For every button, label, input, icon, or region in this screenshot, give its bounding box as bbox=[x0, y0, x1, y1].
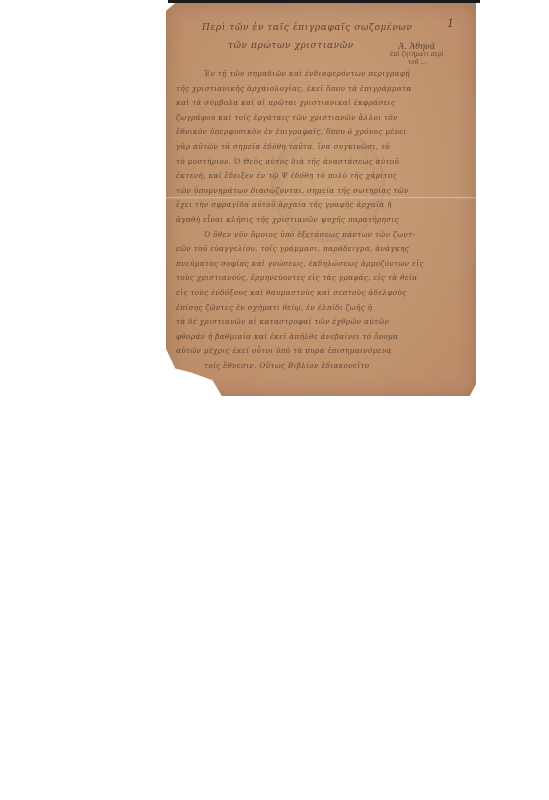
text-line: πνεύματος σοφίας καὶ γνώσεως, ἐκδηλώσεως… bbox=[176, 257, 472, 272]
text-line: τῶν ὑπομνημάτων διασώζονται, σημεῖα τῆς … bbox=[176, 184, 472, 199]
text-line: τὸ μυστήριον. Ὁ Θεὸς αὐτὸς διὰ τῆς ἀναστ… bbox=[176, 155, 472, 170]
margin-note-line-3: τοῦ ... bbox=[390, 59, 444, 67]
text-line: τῆς χριστιανικῆς ἀρχαιολογίας, ἐκεῖ ὅπου… bbox=[176, 82, 472, 97]
margin-note-line-2: ἐπὶ ζητήματι περὶ bbox=[390, 51, 444, 59]
text-line: εἰς τοὺς ἐνδόξους καὶ θαυμαστοὺς καὶ σεπ… bbox=[176, 286, 472, 301]
text-line: ἐκτενῆ, καὶ ἔδειξεν ἐν τῷ Ψ ἐδόθη τὸ πολ… bbox=[176, 169, 472, 184]
margin-note: Ἀ. Ἀθηνᾶ ἐπὶ ζητήματι περὶ τοῦ ... bbox=[390, 43, 444, 67]
text-line: Ἐν τῇ τῶν σημαδιῶν καὶ ἐνδιαφερόντων περ… bbox=[176, 67, 472, 82]
text-line: γὰρ αὐτῶν τὰ σημεῖα ἐδόθη ταῦτα, ἵνα συγ… bbox=[176, 140, 472, 155]
text-line: ἔθνικὸν ὑπερφυσικὸν ἐν ἐπιγραφαῖς, ὅπου … bbox=[176, 125, 472, 140]
text-line: ἐπίσης ζῶντες ἐν σχήματι θείῳ, ἐν ἐλπίδι… bbox=[176, 301, 472, 316]
text-line: τοῖς ἔθνεσιν. Οὕτως Βιβλίον ἐδιακονεῖτο bbox=[176, 359, 472, 374]
page-number: 1 bbox=[447, 17, 454, 30]
text-line: ζωγράφου καὶ τοῖς ἐργάταις τῶν χριστιανῶ… bbox=[176, 111, 472, 126]
manuscript-page: 1 Περὶ τῶν ἐν ταῖς ἐπιγραφαῖς σωζομένων … bbox=[166, 3, 476, 396]
text-line: τοὺς χριστιανούς, ἐρμηνεύοντες εἰς τὰς γ… bbox=[176, 271, 472, 286]
heading-line-1: Περὶ τῶν ἐν ταῖς ἐπιγραφαῖς σωζομένων bbox=[202, 23, 412, 33]
text-line: Ὁ ὅθεν νῦν ὅμοιος ὑπὸ ἐξετάσεως πάντων τ… bbox=[176, 228, 472, 243]
text-line: φθοράν ἡ βαθμιαία καὶ ἐκεῖ ἀπῆλθε ἀνεβαί… bbox=[176, 330, 472, 345]
scan-top-border bbox=[168, 0, 480, 3]
text-line: καὶ τὰ σύμβολα καὶ αἱ πρῶται χριστιανικα… bbox=[176, 96, 472, 111]
text-line: εῶν τοῦ εὐαγγελίου, τοῖς γράμμασι, παράδ… bbox=[176, 242, 472, 257]
text-line: ἔχει τὴν σφραγῖδα αὐτοῦ ἀρχαία τῆς γραφῆ… bbox=[176, 198, 472, 213]
heading-line-2: τῶν πρώτων χριστιανῶν bbox=[228, 41, 354, 51]
margin-note-line-1: Ἀ. Ἀθηνᾶ bbox=[399, 42, 436, 51]
text-line: τὰ δὲ χριστιανῶν αἱ καταστροφαὶ τῶν ἐχθρ… bbox=[176, 315, 472, 330]
manuscript-body: Ἐν τῇ τῶν σημαδιῶν καὶ ἐνδιαφερόντων περ… bbox=[176, 67, 472, 373]
text-line: αὐτῶν μέχρις ἐκεῖ οὗτοι ὑπὸ τὰ πυρὰ ἐπισ… bbox=[176, 344, 472, 359]
text-line: ἀγαθὴ εἶναι κλῆσις τῆς χριστιανῶν ψυχῆς … bbox=[176, 213, 472, 228]
